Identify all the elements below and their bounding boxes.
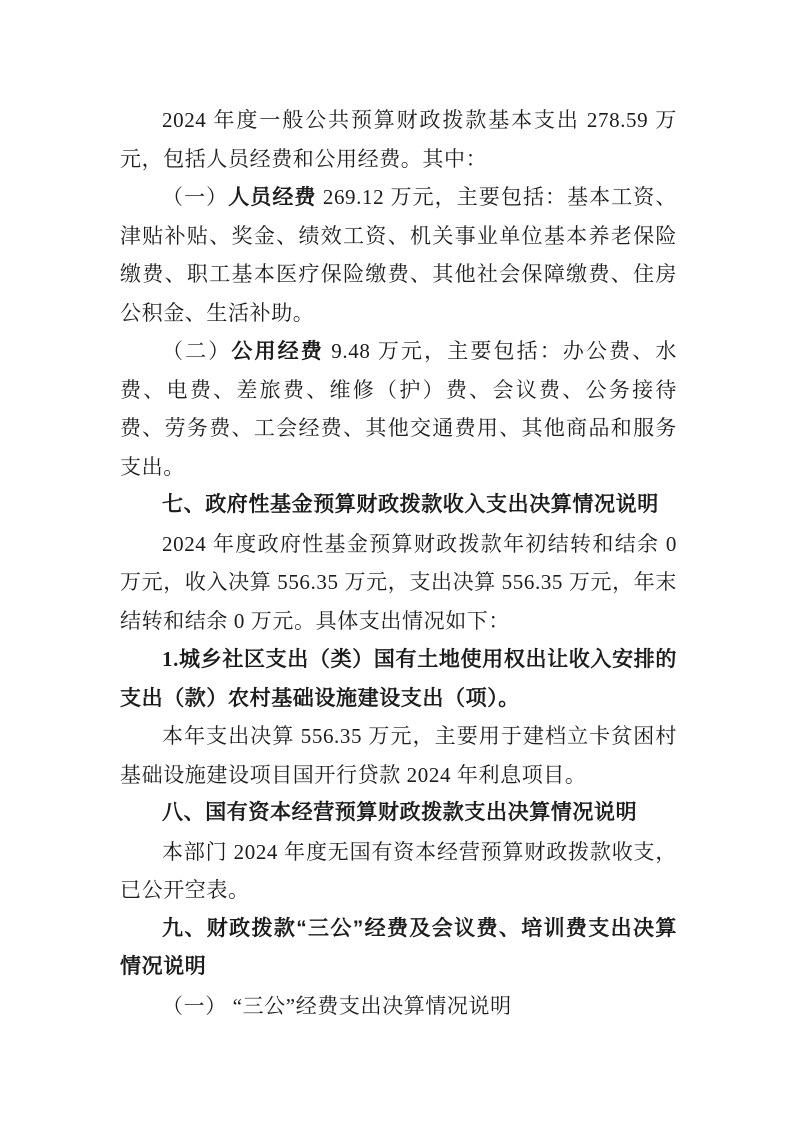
para-general-budget-basic-expenditure: 2024 年度一般公共预算财政拨款基本支出 278.59 万元，包括人员经费和公… bbox=[120, 101, 677, 178]
para-personnel-funds: （一）人员经费 269.12 万元，主要包括：基本工资、津贴补贴、奖金、绩效工资… bbox=[120, 178, 677, 332]
text-run: 七、政府性基金预算财政拨款收入支出决算情况说明 bbox=[162, 493, 659, 516]
para-gov-fund-budget-summary: 2024 年度政府性基金预算财政拨款年初结转和结余 0 万元，收入决算 556.… bbox=[120, 525, 677, 641]
document-body: 2024 年度一般公共预算财政拨款基本支出 278.59 万元，包括人员经费和公… bbox=[120, 101, 677, 1025]
text-run: 1.城乡社区支出（类）国有土地使用权出让收入安排的支出（款）农村基础设施建设支出… bbox=[120, 647, 677, 710]
text-run: 本部门 2024 年度无国有资本经营预算财政拨款收支，已公开空表。 bbox=[120, 840, 677, 903]
text-run: 人员经费 bbox=[228, 185, 316, 209]
text-run: 八、国有资本经营预算财政拨款支出决算情况说明 bbox=[162, 801, 637, 824]
text-run: （二） bbox=[162, 339, 231, 363]
heading-section-seven: 七、政府性基金预算财政拨款收入支出决算情况说明 bbox=[120, 486, 677, 525]
text-run: 2024 年度政府性基金预算财政拨款年初结转和结余 0 万元，收入决算 556.… bbox=[120, 532, 677, 633]
text-run: 九、财政拨款“三公”经费及会议费、培训费支出决算情况说明 bbox=[120, 917, 677, 979]
text-run: （一） bbox=[162, 185, 228, 209]
para-state-capital-none: 本部门 2024 年度无国有资本经营预算财政拨款收支，已公开空表。 bbox=[120, 833, 677, 910]
document-page: 2024 年度一般公共预算财政拨款基本支出 278.59 万元，包括人员经费和公… bbox=[0, 0, 793, 1122]
para-public-funds: （二）公用经费 9.48 万元，主要包括：办公费、水费、电费、差旅费、维修（护）… bbox=[120, 332, 677, 486]
text-run: （一） “三公”经费支出决算情况说明 bbox=[162, 994, 512, 1018]
text-run: 公用经费 bbox=[231, 339, 324, 363]
text-run: 本年支出决算 556.35 万元，主要用于建档立卡贫困村基础设施建设项目国开行贷… bbox=[120, 724, 677, 787]
heading-section-nine: 九、财政拨款“三公”经费及会议费、培训费支出决算情况说明 bbox=[120, 910, 677, 987]
para-item-1-detail: 本年支出决算 556.35 万元，主要用于建档立卡贫困村基础设施建设项目国开行贷… bbox=[120, 717, 677, 794]
para-three-public-sub-heading: （一） “三公”经费支出决算情况说明 bbox=[120, 987, 677, 1026]
heading-section-eight: 八、国有资本经营预算财政拨款支出决算情况说明 bbox=[120, 794, 677, 833]
text-run: 2024 年度一般公共预算财政拨款基本支出 278.59 万元，包括人员经费和公… bbox=[120, 108, 677, 171]
para-item-1-urban-rural-community: 1.城乡社区支出（类）国有土地使用权出让收入安排的支出（款）农村基础设施建设支出… bbox=[120, 640, 677, 717]
